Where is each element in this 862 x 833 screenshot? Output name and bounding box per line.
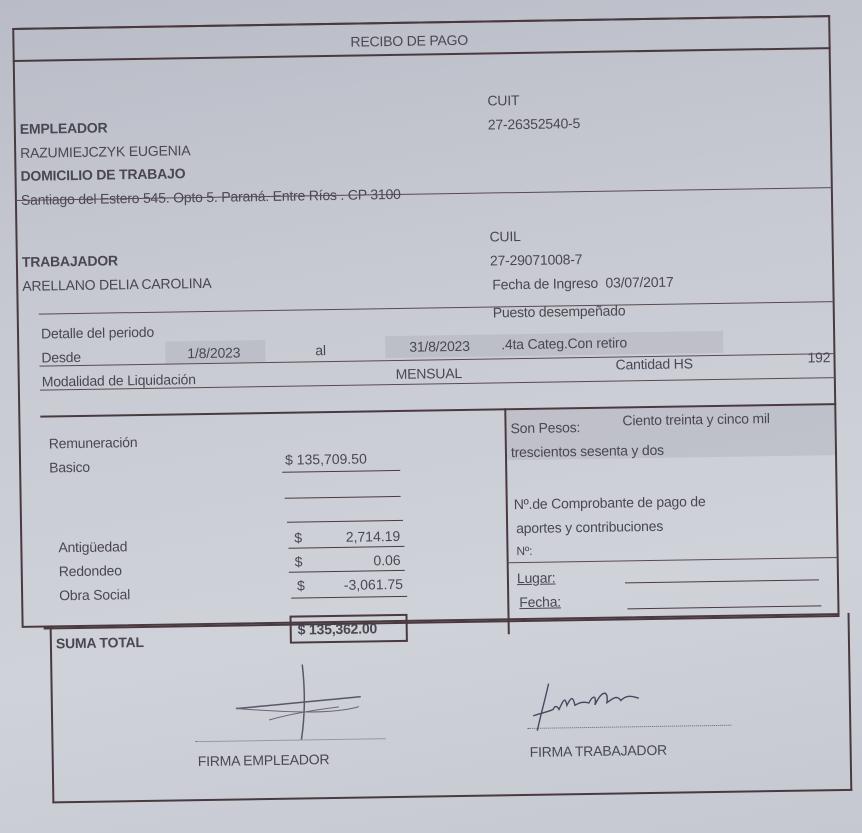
cuit-label: CUIT <box>487 92 519 108</box>
date-label: Fecha: <box>519 593 561 610</box>
period-label: Detalle del periodo <box>41 324 154 342</box>
to-date: 31/8/2023 <box>409 338 470 355</box>
work-address-label: DOMICILIO DE TRABAJO <box>20 165 185 184</box>
hours-label: Cantidad HS <box>615 355 692 372</box>
remuneration-item-label: Redondeo <box>59 562 122 579</box>
document-title: RECIBO DE PAGO <box>350 32 468 50</box>
amount-words-line2: trescientos sesenta y dos <box>511 442 664 460</box>
start-date: Fecha de Ingreso 03/07/2017 <box>492 274 673 293</box>
from-label: Desde <box>41 349 81 366</box>
remuneration-item-label: Basico <box>49 459 90 476</box>
son-pesos-label: Son Pesos: <box>510 419 580 436</box>
cuit-value: 27-26352540-5 <box>488 115 581 132</box>
employer-name: RAZUMIEJCZYK EUGENIA <box>20 142 190 161</box>
worker-name: ARELLANO DELIA CAROLINA <box>22 275 211 294</box>
health-insurance-amount: $ -3,061.75 <box>297 576 403 594</box>
from-date: 1/8/2023 <box>187 344 240 361</box>
signature-frame <box>50 613 853 804</box>
hours-value: 192 <box>807 349 830 365</box>
voucher-line2: aportes y contribuciones <box>516 518 663 536</box>
rounding-amount: $ 0.06 <box>295 552 401 570</box>
liquidation-mode-value: MENSUAL <box>396 365 463 382</box>
amount-words-line1: Ciento treinta y cinco mil <box>622 410 770 428</box>
remuneration-label: Remuneración <box>49 434 138 451</box>
position-label: Puesto desempeñado <box>493 302 626 320</box>
voucher-number-label: Nº: <box>516 544 532 558</box>
employer-signature-label: FIRMA EMPLEADOR <box>198 751 330 769</box>
receipt-frame <box>12 15 839 628</box>
worker-signature-label: FIRMA TRABAJADOR <box>530 742 668 760</box>
remuneration-item-label: Antigüedad <box>58 538 127 555</box>
employer-label: EMPLEADOR <box>20 119 108 136</box>
start-date-label: Fecha de Ingreso <box>492 275 598 293</box>
to-label: al <box>315 342 326 358</box>
seniority-amount: $ 2,714.19 <box>294 528 400 546</box>
cuil-value: 27-29071008-7 <box>490 251 583 268</box>
worker-label: TRABAJADOR <box>22 252 118 270</box>
employer-signature-icon <box>220 658 381 751</box>
cuil-label: CUIL <box>489 228 520 244</box>
basic-amount: $ 135,709.50 <box>285 450 367 467</box>
payment-receipt: RECIBO DE PAGO EMPLEADOR RAZUMIEJCZYK EU… <box>10 1 853 833</box>
start-date-value: 03/07/2017 <box>605 274 673 291</box>
position-value: .4ta Categ.Con retiro <box>501 334 627 352</box>
remuneration-item-label: Obra Social <box>59 586 130 603</box>
voucher-line1: Nº.de Comprobante de pago de <box>514 493 706 512</box>
place-label: Lugar: <box>517 570 556 587</box>
